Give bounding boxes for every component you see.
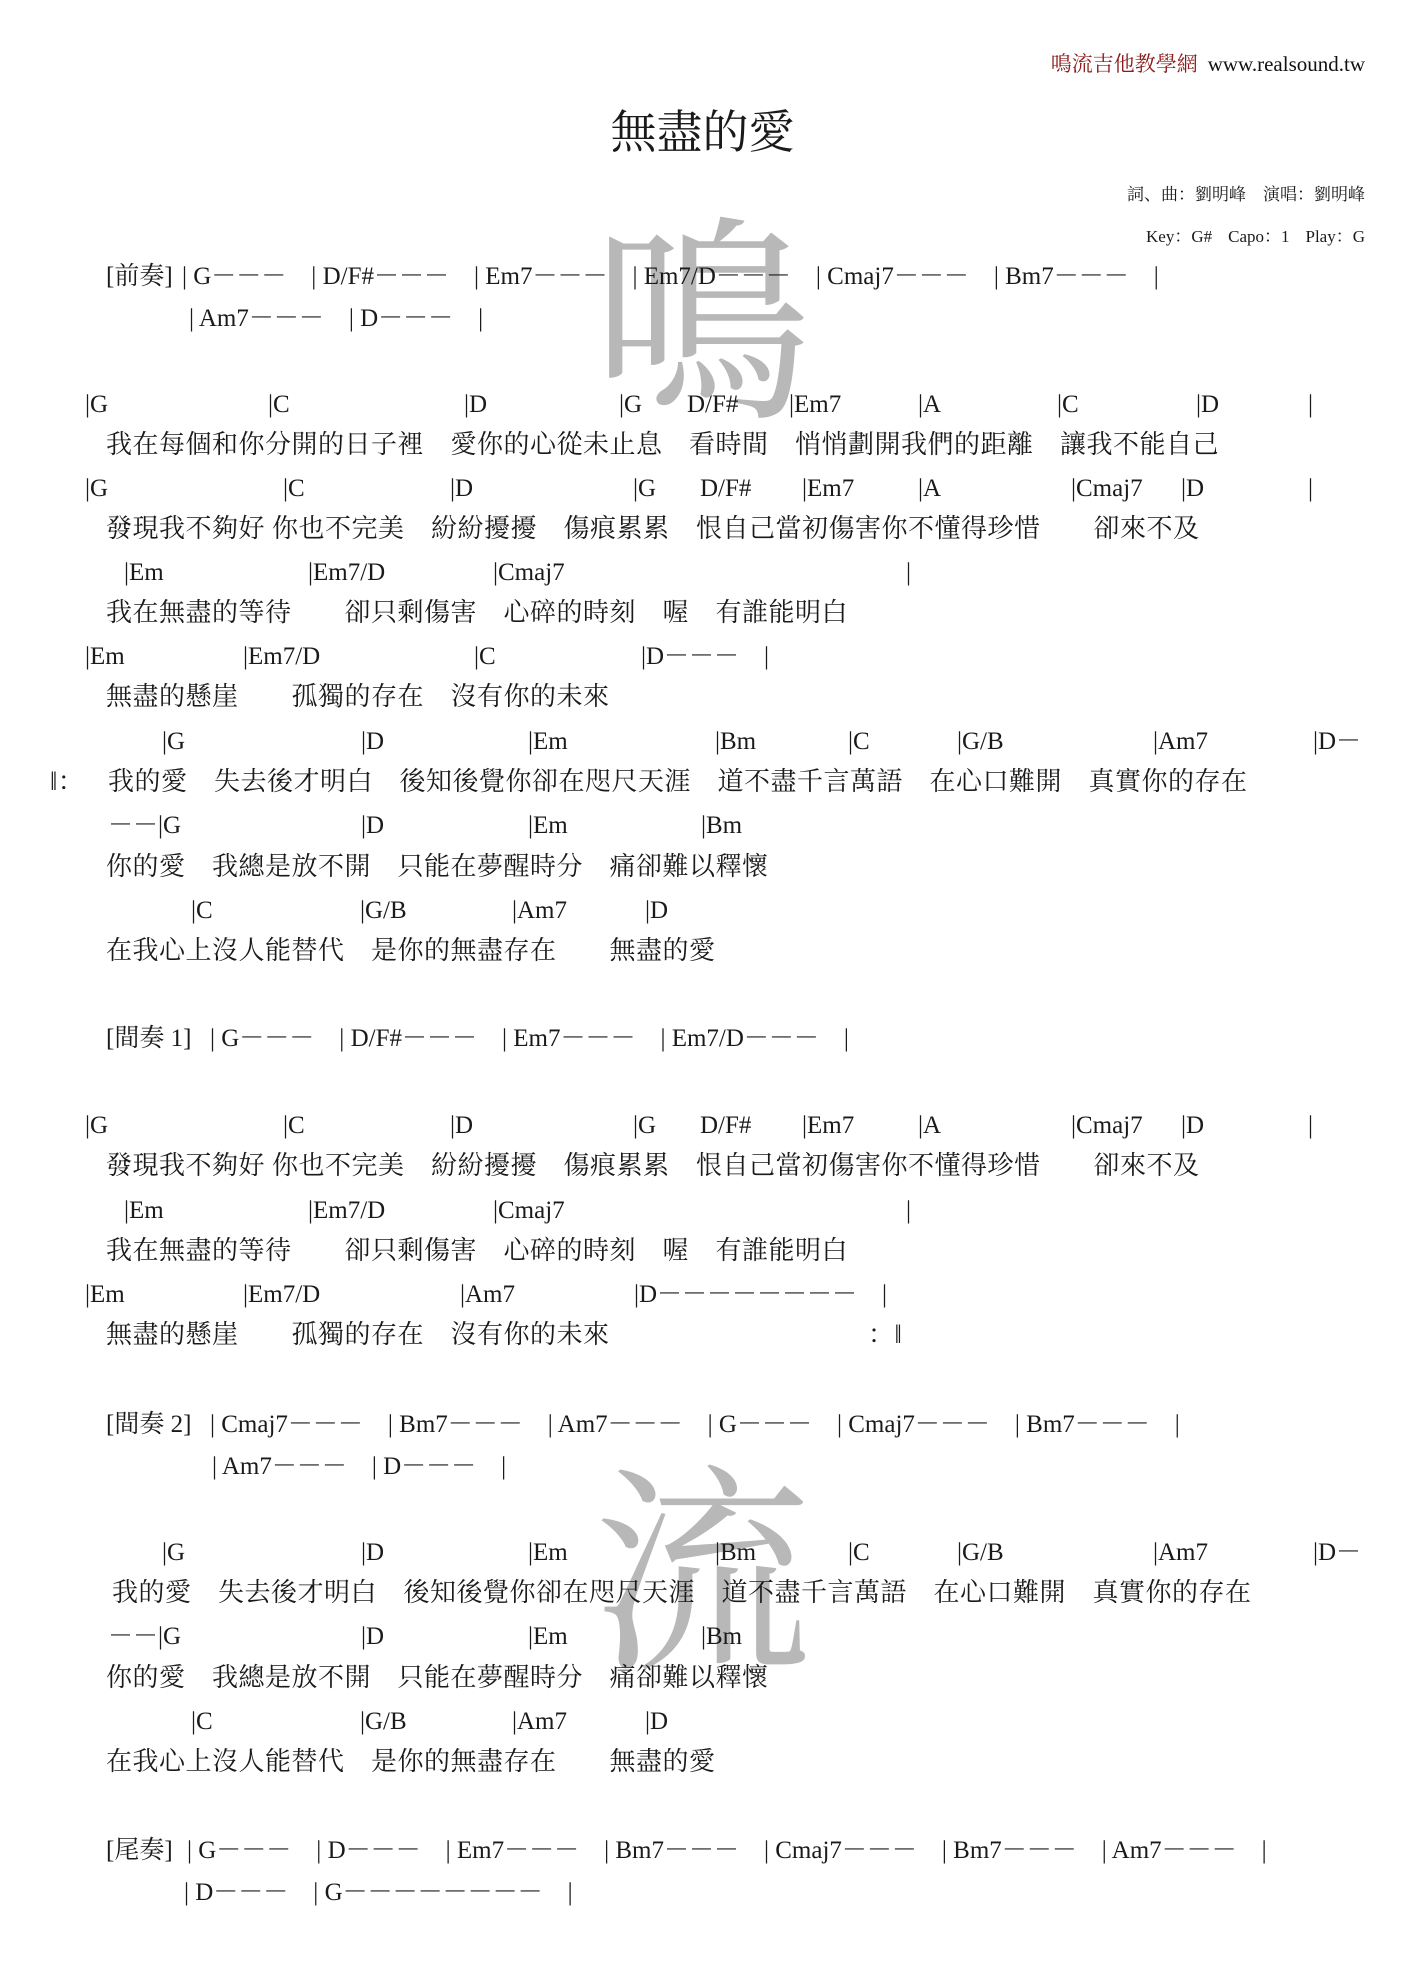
chord-symbol: |Em7/D (308, 558, 385, 588)
interlude-1-chords: | G－－－ | D/F#－－－ | Em7－－－ | Em7/D－－－ | (210, 1024, 849, 1054)
interlude-2-label: [間奏 2] (106, 1410, 191, 1440)
chord-symbol: |Am7 (460, 1280, 515, 1310)
chord-symbol: |D (450, 1111, 473, 1141)
lyric-line: 在我心上沒人能替代 是你的無盡存在 無盡的愛 (106, 936, 716, 966)
lyric-line: 我在無盡的等待 卻只剩傷害 心碎的時刻 喔 有誰能明白 (106, 1236, 848, 1266)
key-info: Key：G#Capo：1Play：G (1130, 222, 1365, 247)
chord-symbol: |G (85, 1111, 108, 1141)
chord-symbol: |C (268, 390, 290, 420)
chord-symbol: |C (1057, 390, 1079, 420)
interlude-2-chords-line-2: | Am7－－－ | D－－－ | (212, 1452, 506, 1482)
chord-symbol: |D (361, 811, 384, 841)
chord-symbol: |D－－－ | (641, 642, 769, 672)
chord-symbol: |D (361, 1622, 384, 1652)
chord-symbol: |D (450, 474, 473, 504)
chord-symbol: |Em7/D (308, 1196, 385, 1226)
song-credits: 詞、曲：劉明峰 演唱：劉明峰 (1127, 180, 1365, 205)
key-value: Key：G# (1146, 227, 1212, 246)
intro-label: [前奏] (106, 262, 173, 292)
chord-symbol: |D (645, 896, 668, 926)
chord-symbol: |D－ (1313, 1538, 1361, 1568)
chord-symbol: |D (645, 1707, 668, 1737)
intro-chords-line-2: | Am7－－－ | D－－－ | (189, 304, 483, 334)
chord-symbol: D/F# (687, 390, 738, 420)
chord-symbol: |G (85, 390, 108, 420)
chord-symbol: |C (283, 1111, 305, 1141)
chord-symbol: |C (848, 1538, 870, 1568)
site-url[interactable]: www.realsound.tw (1208, 52, 1365, 76)
chord-symbol: | (906, 1196, 911, 1226)
lyric-line: 無盡的懸崖 孤獨的存在 沒有你的未來 (106, 682, 610, 712)
outro-chords-line-2: | D－－－ | G－－－－－－－－ | (184, 1878, 573, 1908)
capo-value: Capo：1 (1228, 227, 1289, 246)
chord-symbol: |D (361, 727, 384, 757)
chord-symbol: |Cmaj7 (1071, 1111, 1143, 1141)
chord-symbol: |Em7/D (243, 642, 320, 672)
chord-symbol: |Em (85, 642, 125, 672)
chord-symbol: |D (464, 390, 487, 420)
lyric-line: 在我心上沒人能替代 是你的無盡存在 無盡的愛 (106, 1747, 716, 1777)
watermark-char-2: 流 (592, 1465, 812, 1685)
chord-symbol: D/F# (700, 1111, 751, 1141)
site-name: 鳴流吉他教學網 (1051, 52, 1198, 76)
lyric-line: 我的愛 失去後才明白 後知後覺你卻在咫尺天涯 道不盡千言萬語 在心口難開 真實你… (108, 767, 1248, 797)
chord-symbol: |Em (528, 1622, 568, 1652)
chord-symbol: |Em (528, 1538, 568, 1568)
chord-symbol: | (1308, 1111, 1313, 1141)
lyric-line: 我在每個和你分開的日子裡 愛你的心從未止息 看時間 悄悄劃開我們的距離 讓我不能… (106, 430, 1219, 460)
chord-symbol: |G/B (957, 727, 1004, 757)
chord-symbol: |Em7/D (243, 1280, 320, 1310)
chord-symbol: |D (361, 1538, 384, 1568)
chord-symbol: |G (633, 474, 656, 504)
chord-symbol: |C (191, 1707, 213, 1737)
chord-symbol: |Em (124, 558, 164, 588)
interlude-1-label: [間奏 1] (106, 1024, 191, 1054)
chord-symbol: －－|G (108, 1622, 181, 1652)
chord-symbol: | (1308, 474, 1313, 504)
chord-symbol: |Em7 (802, 1111, 854, 1141)
chord-symbol: |C (283, 474, 305, 504)
chord-symbol: |Em (528, 811, 568, 841)
chord-symbol: |Em (85, 1280, 125, 1310)
chord-symbol: |Am7 (1153, 1538, 1208, 1568)
lyric-line: 你的愛 我總是放不開 只能在夢醒時分 痛卻難以釋懷 (106, 1663, 769, 1693)
chord-symbol: |G/B (360, 1707, 407, 1737)
chord-symbol: |Am7 (1153, 727, 1208, 757)
chord-symbol: | (1308, 390, 1313, 420)
chord-symbol: |Cmaj7 (493, 1196, 565, 1226)
chord-symbol: |C (191, 896, 213, 926)
chord-symbol: D/F# (700, 474, 751, 504)
outro-chords-line-1: | G－－－ | D－－－ | Em7－－－ | Bm7－－－ | Cmaj7－… (187, 1836, 1267, 1866)
chord-symbol: |Bm (701, 811, 742, 841)
chord-symbol: |C (848, 727, 870, 757)
lyric-line: 發現我不夠好 你也不完美 紛紛擾擾 傷痕累累 恨自己當初傷害你不懂得珍惜 卻來不… (106, 514, 1200, 544)
chord-symbol: |G/B (360, 896, 407, 926)
chord-symbol: |A (918, 1111, 941, 1141)
chord-symbol: |Bm (701, 1622, 742, 1652)
chord-symbol: |G (85, 474, 108, 504)
play-value: Play：G (1306, 227, 1366, 246)
site-brand: 鳴流吉他教學網www.realsound.tw (1051, 48, 1365, 78)
chord-symbol: |Cmaj7 (493, 558, 565, 588)
repeat-end-sign: ：‖ (868, 1320, 902, 1350)
intro-chords-line-1: | G－－－ | D/F#－－－ | Em7－－－ | Em7/D－－－ | C… (182, 262, 1159, 292)
chord-symbol: |A (918, 474, 941, 504)
chord-symbol: |G (162, 1538, 185, 1568)
chord-symbol: |D－－－－－－－－ | (634, 1280, 887, 1310)
interlude-2-chords-line-1: | Cmaj7－－－ | Bm7－－－ | Am7－－－ | G－－－ | Cm… (210, 1410, 1180, 1440)
chord-symbol: |Em7 (789, 390, 841, 420)
chord-symbol: |C (474, 642, 496, 672)
chord-symbol: |G (619, 390, 642, 420)
chord-symbol: |G/B (957, 1538, 1004, 1568)
lyric-line: 你的愛 我總是放不開 只能在夢醒時分 痛卻難以釋懷 (106, 852, 769, 882)
chord-symbol: |G (162, 727, 185, 757)
lyric-line: 無盡的懸崖 孤獨的存在 沒有你的未來 (106, 1320, 610, 1350)
lyric-line: 發現我不夠好 你也不完美 紛紛擾擾 傷痕累累 恨自己當初傷害你不懂得珍惜 卻來不… (106, 1151, 1200, 1181)
chord-symbol: |A (918, 390, 941, 420)
chord-symbol: |Em (528, 727, 568, 757)
chord-symbol: |D (1181, 1111, 1204, 1141)
chord-symbol: |D－ (1313, 727, 1361, 757)
chord-symbol: |Cmaj7 (1071, 474, 1143, 504)
chord-symbol: |D (1181, 474, 1204, 504)
chord-symbol: |Am7 (512, 1707, 567, 1737)
lyric-line: 我在無盡的等待 卻只剩傷害 心碎的時刻 喔 有誰能明白 (106, 598, 848, 628)
chord-symbol: －－|G (108, 811, 181, 841)
chord-symbol: |G (633, 1111, 656, 1141)
chord-symbol: | (906, 558, 911, 588)
lyric-line: 我的愛 失去後才明白 後知後覺你卻在咫尺天涯 道不盡千言萬語 在心口難開 真實你… (112, 1578, 1252, 1608)
repeat-start-sign: ‖： (50, 767, 84, 797)
chord-symbol: |Am7 (512, 896, 567, 926)
chord-symbol: |Bm (715, 727, 756, 757)
chord-symbol: |Bm (715, 1538, 756, 1568)
chord-symbol: |D (1196, 390, 1219, 420)
outro-label: [尾奏] (106, 1836, 173, 1866)
song-title: 無盡的愛 (0, 96, 1405, 162)
chord-symbol: |Em7 (802, 474, 854, 504)
chord-symbol: |Em (124, 1196, 164, 1226)
